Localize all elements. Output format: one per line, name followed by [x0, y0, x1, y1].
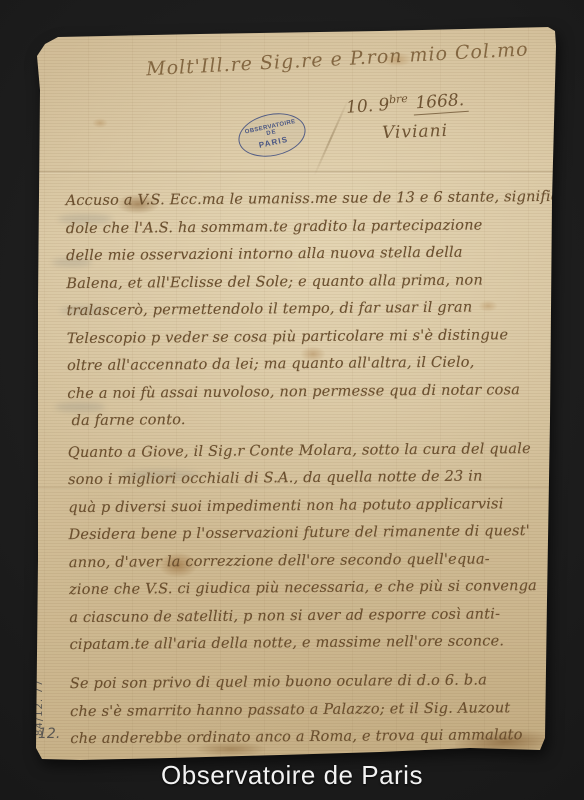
date-prefix: 10. 9 [346, 95, 391, 118]
manuscript-line: che a noi fù assai nuvoloso, non permess… [67, 376, 553, 408]
date-superscript: bre [389, 92, 409, 106]
stamp-line-3: PARIS [258, 133, 289, 149]
manuscript-line: Accuso a V.S. Ecc.ma le umaniss.me sue d… [66, 184, 552, 216]
manuscript-line: tralascerò, permettendolo il tempo, di f… [67, 294, 553, 326]
manuscript-line: Se poi son privo di quel mio buono ocula… [70, 665, 556, 698]
manuscript-line: delle mie osservazioni intorno alla nuov… [66, 239, 552, 271]
manuscript-line: che anderebbe ordinato anco a Roma, e tr… [70, 722, 556, 754]
manuscript-line: Telescopio p veder se cosa più particola… [67, 321, 553, 353]
date-year: 1668. [413, 89, 469, 115]
manuscript-line: anno, d'aver la correzzione dell'ore sec… [69, 545, 555, 577]
manuscript-paper: Molt'Ill.re Sig.re e P.ron mio Col.mo 10… [0, 0, 584, 800]
letter-body: Accuso a V.S. Ecc.ma le umaniss.me sue d… [66, 184, 557, 754]
foxing-stain [92, 118, 108, 128]
manuscript-line: quà p diversi suoi impedimenti non ha po… [68, 490, 554, 522]
manuscript-line: a ciascuno de satelliti, p non si aver a… [69, 600, 555, 632]
manuscript-line: che s'è smarrito hanno passato a Palazzo… [70, 694, 556, 726]
manuscript-photo: Molt'Ill.re Sig.re e P.ron mio Col.mo 10… [0, 0, 584, 800]
manuscript-line: Balena, et all'Eclisse del Sole; e quant… [66, 266, 552, 298]
folio-number: 12. [38, 726, 60, 742]
manuscript-line: Quanto a Giove, il Sig.r Conte Molara, s… [68, 435, 554, 467]
photo-caption: Observatoire de Paris [0, 760, 584, 791]
manuscript-line: sono i migliori occhiali di S.A., da que… [68, 463, 554, 495]
manuscript-line: cipatam.te all'aria della notte, e massi… [69, 628, 555, 660]
archival-shelfmark: 84/12. 77 [34, 660, 45, 736]
fold-crease [0, 170, 584, 174]
manuscript-line: dole che l'A.S. ha sommam.te gradito la … [66, 211, 552, 243]
manuscript-line: zione che V.S. ci giudica più necessaria… [69, 573, 555, 605]
photo-stage: Molt'Ill.re Sig.re e P.ron mio Col.mo 10… [0, 0, 584, 800]
manuscript-line: oltre all'accennato da lei; ma quanto al… [67, 349, 553, 381]
manuscript-line: da farne conto. [67, 404, 553, 436]
attribution-note: Viviani [382, 121, 449, 143]
manuscript-line: Desidera bene p l'osservazioni future de… [68, 518, 554, 550]
